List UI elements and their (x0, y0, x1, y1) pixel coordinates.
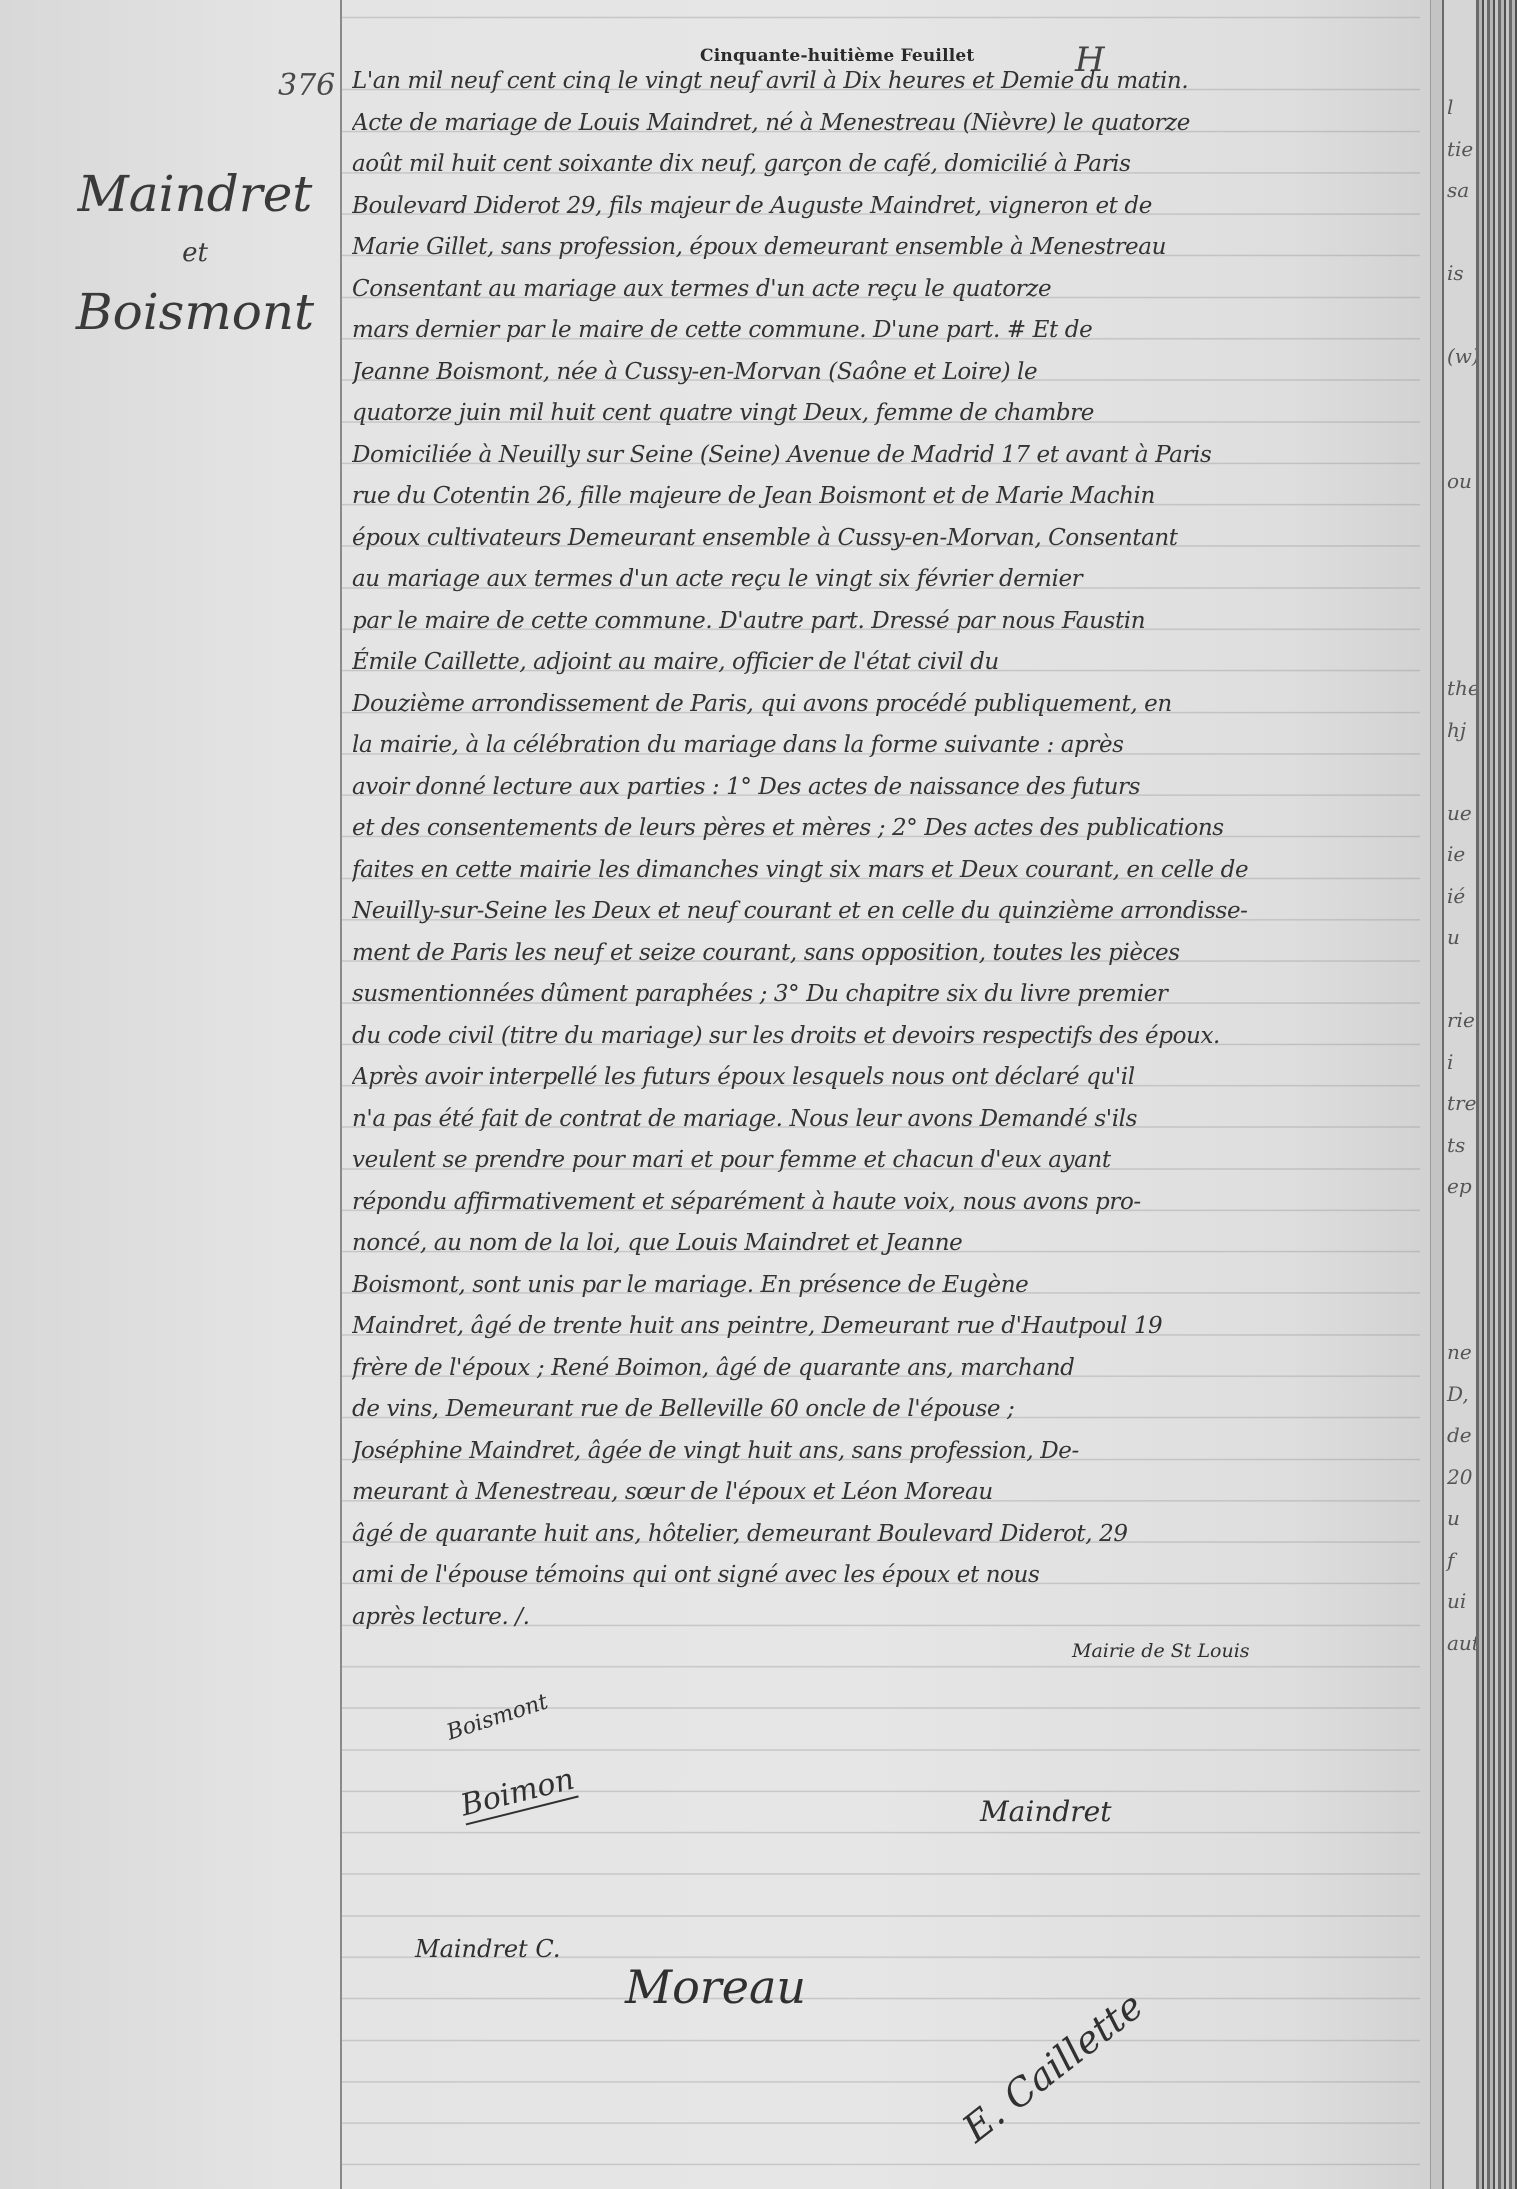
adjacent-page-edge: l tie sa is (w) ou the hj ue ie ié u rie… (1442, 0, 1478, 2189)
act-line: Maindret, âgé de trente huit ans peintre… (352, 1301, 1412, 1343)
adjacent-fragment: D, (1444, 1370, 1478, 1412)
act-line: Boismont, sont unis par le mariage. En p… (352, 1260, 1412, 1302)
adjacent-fragment: f (1444, 1536, 1478, 1578)
adjacent-fragment: ep (1444, 1162, 1478, 1204)
adjacent-fragment: u (1444, 913, 1478, 955)
act-line: et des consentements de leurs pères et m… (352, 803, 1412, 845)
act-line: meurant à Menestreau, sœur de l'époux et… (352, 1467, 1412, 1509)
groom-surname: Maindret (60, 160, 330, 228)
signature-groom: Maindret (980, 1795, 1111, 1828)
adjacent-fragment: l (1444, 83, 1478, 125)
act-line: la mairie, à la célébration du mariage d… (352, 720, 1412, 762)
act-line: de vins, Demeurant rue de Belleville 60 … (352, 1384, 1412, 1426)
adjacent-fragment (1444, 1245, 1478, 1287)
act-line: après lecture. /. (352, 1592, 1412, 1634)
margin-rule (340, 0, 342, 2189)
adjacent-fragment (1444, 0, 1478, 42)
act-line: ami de l'épouse témoins qui ont signé av… (352, 1550, 1412, 1592)
bride-surname: Boismont (60, 278, 330, 346)
act-line: Joséphine Maindret, âgée de vingt huit a… (352, 1426, 1412, 1468)
act-line: Boulevard Diderot 29, fils majeur de Aug… (352, 181, 1412, 223)
adjacent-fragment: is (1444, 249, 1478, 291)
adjacent-fragment: rie (1444, 996, 1478, 1038)
adjacent-fragment (1444, 374, 1478, 416)
adjacent-fragment (1444, 208, 1478, 250)
act-line: âgé de quarante huit ans, hôtelier, deme… (352, 1509, 1412, 1551)
adjacent-fragment: ue (1444, 789, 1478, 831)
register-page: Cinquante-huitième Feuillet H 376 Maindr… (0, 0, 1430, 2189)
book-spine-edges (1476, 0, 1517, 2189)
act-line: susmentionnées dûment paraphées ; 3° Du … (352, 969, 1412, 1011)
adjacent-fragment (1444, 581, 1478, 623)
adjacent-fragment: ou (1444, 457, 1478, 499)
adjacent-fragment (1444, 1204, 1478, 1246)
adjacent-fragment (1444, 747, 1478, 789)
act-line: ment de Paris les neuf et seize courant,… (352, 928, 1412, 970)
act-line: noncé, au nom de la loi, que Louis Maind… (352, 1218, 1412, 1260)
act-line: Émile Caillette, adjoint au maire, offic… (352, 637, 1412, 679)
adjacent-fragment: hj (1444, 706, 1478, 748)
act-line: par le maire de cette commune. D'autre p… (352, 596, 1412, 638)
act-line: quatorze juin mil huit cent quatre vingt… (352, 388, 1412, 430)
act-line: répondu affirmativement et séparément à … (352, 1177, 1412, 1219)
act-line: Domiciliée à Neuilly sur Seine (Seine) A… (352, 430, 1412, 472)
margin-names: Maindret et Boismont (60, 160, 330, 346)
signature-witness-maindret: Maindret C. (415, 1935, 560, 1963)
adjacent-fragment: de (1444, 1411, 1478, 1453)
act-line: mars dernier par le maire de cette commu… (352, 305, 1412, 347)
adjacent-fragment (1444, 498, 1478, 540)
adjacent-fragment: aute (1444, 1619, 1478, 1661)
adjacent-fragment (1444, 540, 1478, 582)
act-line: L'an mil neuf cent cinq le vingt neuf av… (352, 56, 1412, 98)
adjacent-fragment: the (1444, 664, 1478, 706)
adjacent-fragment (1444, 42, 1478, 84)
act-line: faites en cette mairie les dimanches vin… (352, 845, 1412, 887)
adjacent-fragment: tre (1444, 1079, 1478, 1121)
act-line: au mariage aux termes d'un acte reçu le … (352, 554, 1412, 596)
act-line: veulent se prendre pour mari et pour fem… (352, 1135, 1412, 1177)
act-line: Jeanne Boismont, née à Cussy-en-Morvan (… (352, 347, 1412, 389)
adjacent-fragment (1444, 955, 1478, 997)
act-line: Consentant au mariage aux termes d'un ac… (352, 264, 1412, 306)
act-line: Acte de mariage de Louis Maindret, né à … (352, 98, 1412, 140)
adjacent-fragment (1444, 1287, 1478, 1329)
signature-witness-moreau: Moreau (625, 1960, 806, 2014)
adjacent-fragment: u (1444, 1494, 1478, 1536)
act-line: époux cultivateurs Demeurant ensemble à … (352, 513, 1412, 555)
adjacent-fragment: 20 (1444, 1453, 1478, 1495)
act-line: Marie Gillet, sans profession, époux dem… (352, 222, 1412, 264)
adjacent-fragment: tie (1444, 125, 1478, 167)
adjacent-fragment (1444, 291, 1478, 333)
marginal-annotation: Mairie de St Louis (1072, 1640, 1250, 1662)
act-line: Après avoir interpellé les futurs époux … (352, 1052, 1412, 1094)
adjacent-fragment (1444, 623, 1478, 665)
act-body: L'an mil neuf cent cinq le vingt neuf av… (352, 56, 1412, 1633)
act-line: n'a pas été fait de contrat de mariage. … (352, 1094, 1412, 1136)
act-line: du code civil (titre du mariage) sur les… (352, 1011, 1412, 1053)
act-line: Neuilly-sur-Seine les Deux et neuf coura… (352, 886, 1412, 928)
act-line: avoir donné lecture aux parties : 1° Des… (352, 762, 1412, 804)
adjacent-fragment: ts (1444, 1121, 1478, 1163)
adjacent-fragment: ui (1444, 1577, 1478, 1619)
adjacent-fragment: sa (1444, 166, 1478, 208)
adjacent-fragment (1444, 415, 1478, 457)
act-line: rue du Cotentin 26, fille majeure de Jea… (352, 471, 1412, 513)
adjacent-fragment: i (1444, 1038, 1478, 1080)
conjunction: et (60, 228, 330, 278)
adjacent-fragment: (w) (1444, 332, 1478, 374)
act-line: Douzième arrondissement de Paris, qui av… (352, 679, 1412, 721)
adjacent-fragment: ié (1444, 872, 1478, 914)
act-number: 376 (278, 68, 335, 103)
adjacent-fragment: ie (1444, 830, 1478, 872)
act-line: août mil huit cent soixante dix neuf, ga… (352, 139, 1412, 181)
adjacent-fragment: ne (1444, 1328, 1478, 1370)
act-line: frère de l'époux ; René Boimon, âgé de q… (352, 1343, 1412, 1385)
